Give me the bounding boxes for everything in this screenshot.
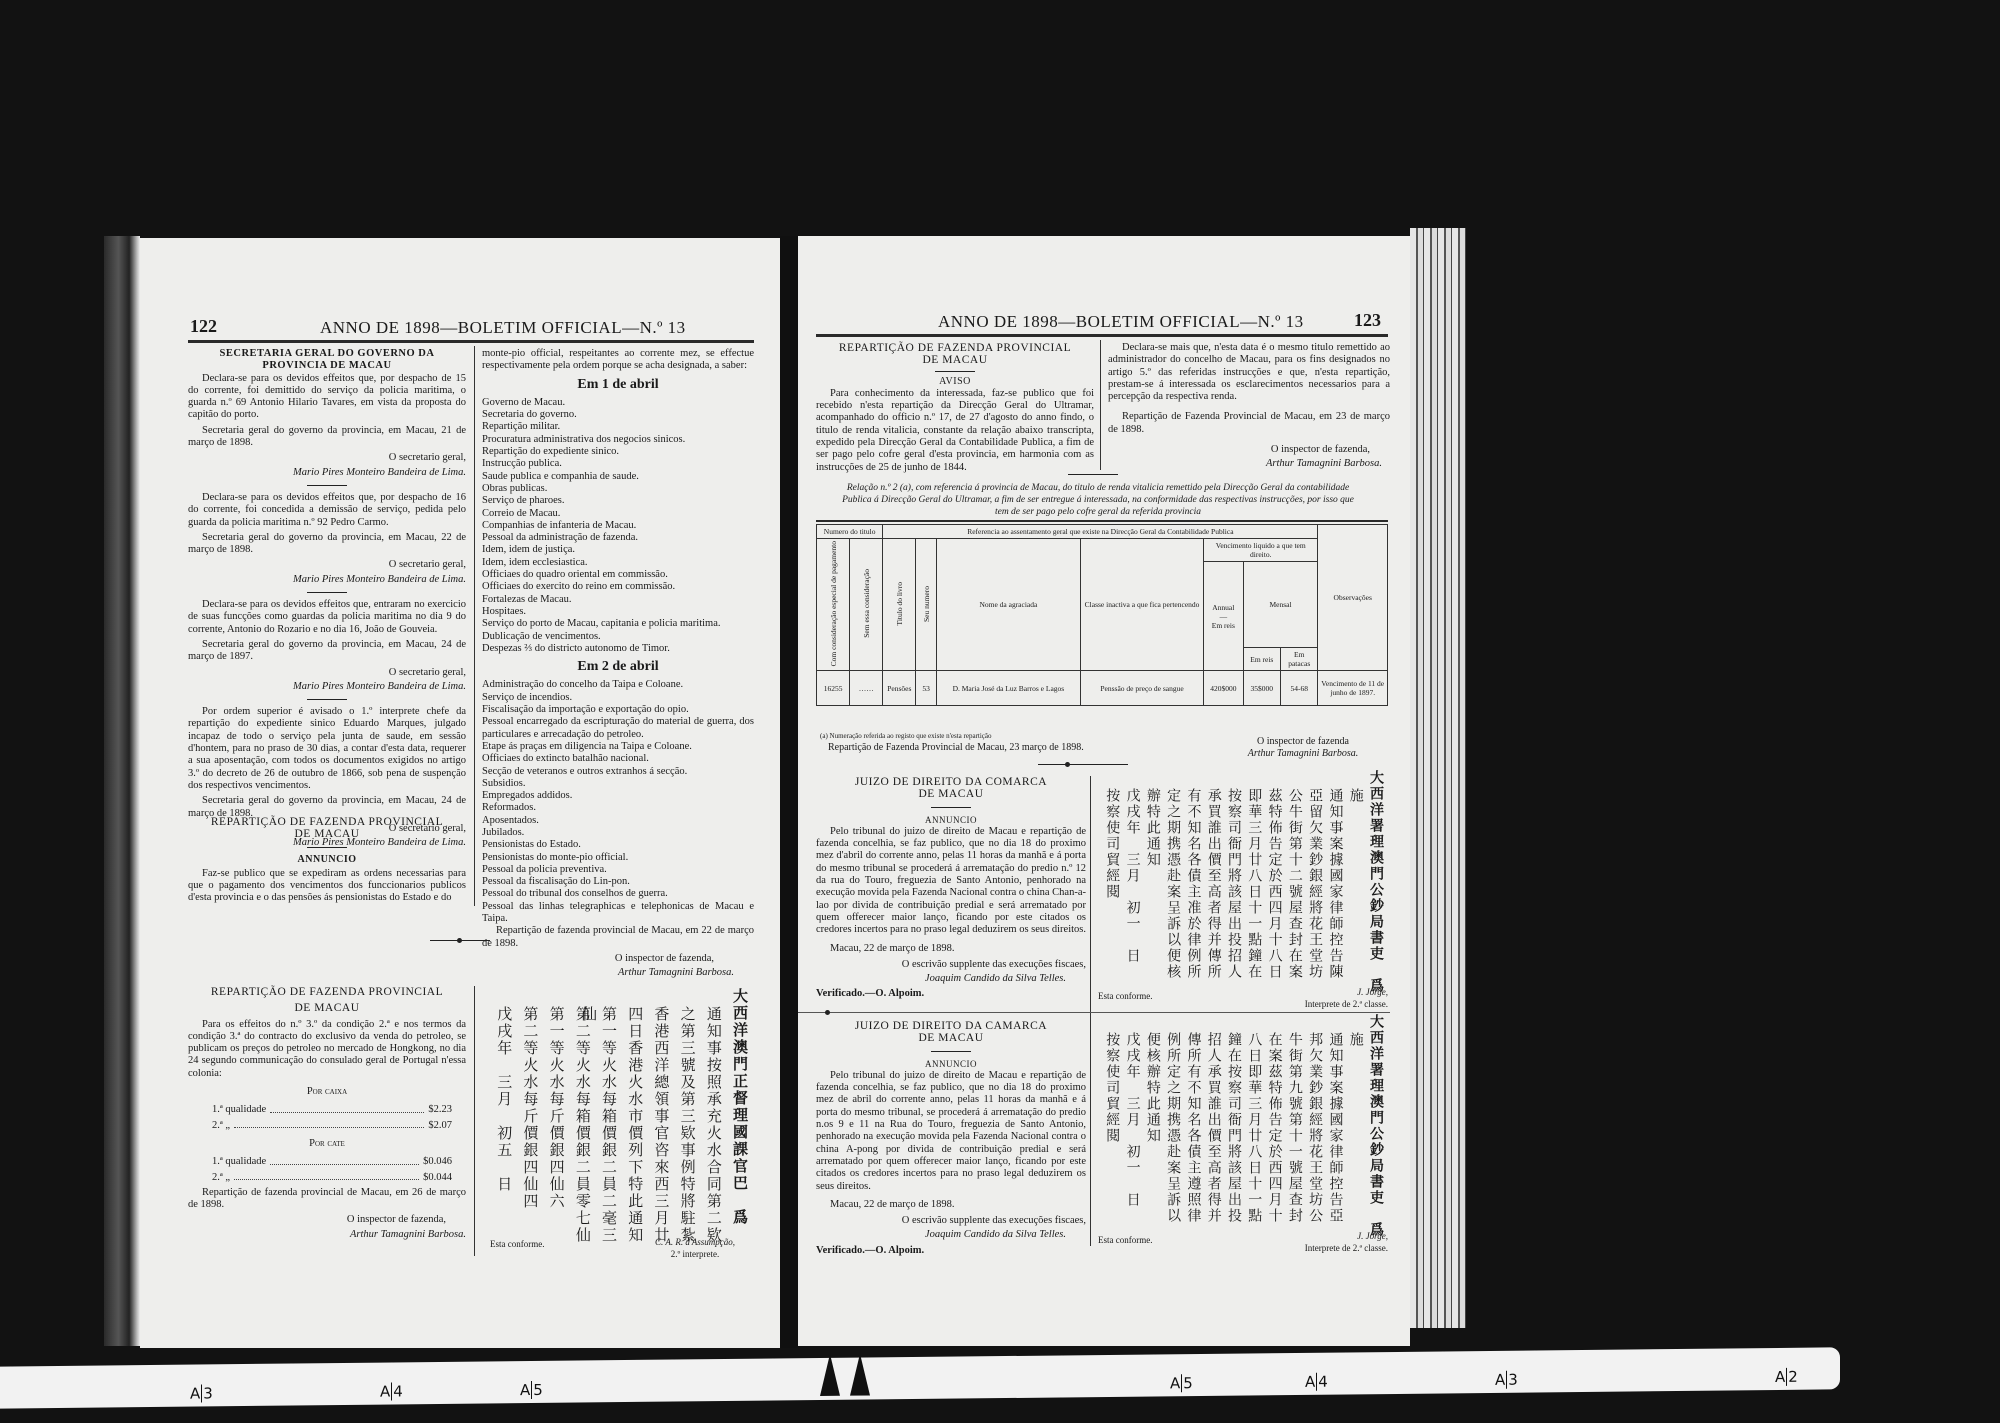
esta-conforme: Esta conforme. — [490, 1238, 570, 1250]
th-mensal: Mensal — [1243, 562, 1318, 648]
th-vencimento: Vencimento liquido a que tem direito. — [1204, 539, 1318, 562]
chinese-column: 施 — [1346, 788, 1366, 804]
section-heading: SECRETARIA GERAL DO GOVERNO DA PROVINCIA… — [188, 348, 466, 373]
notice-text: Declara-se para os devidos effeitos que,… — [188, 492, 466, 529]
list-item: Jubilados. — [482, 827, 754, 839]
list-item: Empregados addidos. — [482, 790, 754, 802]
divider — [935, 371, 975, 372]
section-heading: REPARTIÇÃO DE FAZENDA PROVINCIAL — [188, 986, 466, 998]
chinese-column: 大西洋署理澳門公鈔局書吏 爲 — [1366, 770, 1386, 994]
signer-name: Arthur Tamagnini Barbosa. — [1218, 748, 1388, 760]
price-label: 2.ª „ — [212, 1120, 230, 1132]
fazenda-annuncio: REPARTIÇÃO DE FAZENDA PROVINCIAL DE MACA… — [188, 816, 466, 908]
list-item: Governo de Macau. — [482, 397, 754, 409]
price-value: $2.23 — [428, 1104, 452, 1116]
annuncio-text: Pelo tribunal do juizo de direito de Mac… — [816, 1070, 1086, 1193]
ruler-mark: A3 — [1495, 1371, 1518, 1389]
list-item: Pessoal do tribunal dos conselhos de gue… — [482, 888, 754, 900]
ruler-tick — [1316, 1373, 1317, 1391]
cell-com: 16255 — [817, 671, 850, 706]
chinese-column: 第二等火水每箱價銀二員零七仙 — [573, 1006, 593, 1244]
chinese-column: 亞留欠業鈔銀經將花王堂坊 — [1305, 788, 1325, 980]
chinese-column: 即華三月廿八日十一點鐘在 — [1244, 788, 1264, 980]
ornament-rule — [430, 940, 490, 941]
th-annual: Annual—Em reis — [1204, 562, 1244, 671]
divider — [307, 699, 347, 700]
th-em-patacas: Em patacas — [1281, 648, 1318, 671]
th-sem-consideracao: Sem essa consideração — [862, 569, 871, 638]
notice-text: Declara-se para os devidos effeitos que,… — [188, 599, 466, 636]
price-row: 1.ª qualidade$2.23 — [188, 1104, 466, 1116]
list-item: Obras publicas. — [482, 483, 754, 495]
dot-leader — [270, 1104, 424, 1112]
esta-conforme: Esta conforme. — [1098, 990, 1178, 1002]
signer-title: O inspector de fazenda, — [482, 953, 714, 965]
interpreter-name: J. Jorge, — [1238, 1230, 1388, 1242]
section-rule — [798, 1012, 1390, 1013]
price-group-title: Por cate — [188, 1138, 466, 1150]
cell-mensal-reis: 35$000 — [1243, 671, 1280, 706]
subheading: AVISO — [816, 376, 1094, 388]
ruler-mark: A4 — [380, 1382, 403, 1400]
th-numero: Numero do titulo — [817, 525, 883, 539]
ornament-rule — [1038, 764, 1128, 765]
th-em-reis: Em reis — [1243, 648, 1280, 671]
list-item: Pessoal encarregado da escripturação do … — [482, 716, 754, 741]
dot-leader — [234, 1172, 419, 1180]
chinese-column: 按察使司貿經閱 — [1102, 1032, 1122, 1144]
divider — [307, 485, 347, 486]
list-item: Etape ás praças em diligencia na Taipa e… — [482, 741, 754, 753]
th-seu-numero: Seu numero — [922, 586, 931, 622]
dateline: Repartição de Fazenda Provincial de Maca… — [828, 742, 1128, 754]
cell-annual-reis: 420$000 — [1204, 671, 1244, 706]
chinese-column: 第二等火水每斤價銀四仙四 — [520, 1006, 540, 1210]
chinese-column: 招人承買誰出價至高者得并 — [1204, 1032, 1224, 1224]
dot-leader — [270, 1156, 419, 1164]
header-rule — [188, 340, 754, 343]
ruler-tick — [391, 1382, 392, 1400]
list-item: Serviço de pharoes. — [482, 495, 754, 507]
th-observacoes: Observações — [1318, 525, 1388, 671]
aviso-column-2: Declara-se mais que, n'esta data é o mes… — [1108, 342, 1390, 474]
list-item: Pensionistas do monte-pio official. — [482, 852, 754, 864]
list-item: Pessoal das linhas telegraphicas e telep… — [482, 901, 754, 926]
section-heading: DE MACAU — [816, 788, 1086, 800]
continued-text: monte-pio official, respeitantes ao corr… — [482, 348, 754, 373]
list-item: Fortalezas de Macau. — [482, 594, 754, 606]
list-item: Hospitaes. — [482, 606, 754, 618]
chinese-column: 八日即華三月廿八日十一點 — [1244, 1032, 1264, 1224]
chinese-column: 鐘在按察司衙門將該屋出投 — [1224, 1032, 1244, 1224]
list-item: Pessoal da policia preventiva. — [482, 864, 754, 876]
list-item: Fiscalisação da importação e exportação … — [482, 704, 754, 716]
chinese-column: 邦欠業鈔銀經將花王堂坊公 — [1305, 1032, 1325, 1224]
table-footnote: (a) Numeração referida ao registo que ex… — [820, 732, 1120, 741]
price-value: $0.044 — [423, 1172, 452, 1184]
relacao-caption: Relação n.º 2 (a), com referencia á prov… — [838, 482, 1358, 518]
list-item: Correio de Macau. — [482, 508, 754, 520]
notice-text: Por ordem superior é avisado o 1.º inter… — [188, 706, 466, 792]
relacao-signature: O inspector de fazenda Arthur Tamagnini … — [1218, 736, 1388, 761]
chinese-column: 大西洋署理澳門公鈔局書吏 爲 — [1366, 1014, 1386, 1238]
book-binding-left — [104, 236, 140, 1346]
section-heading: REPARTIÇÃO DE FAZENDA PROVINCIAL — [188, 816, 466, 828]
interpreter-signature: J. Jorge, Interprete de 2.ª classe. — [1238, 986, 1388, 1011]
subheading: ANNUNCIO — [816, 1058, 1086, 1070]
dateline: Secretaria geral do governo da provincia… — [188, 425, 466, 450]
ruler-tick — [1506, 1371, 1507, 1389]
interpreter-name: J. Jorge, — [1238, 986, 1388, 998]
running-head: ANNO DE 1898—BOLETIM OFFICIAL—N.º 13 — [938, 312, 1304, 332]
price-row: 2.ª „$0.044 — [188, 1172, 466, 1184]
aviso-text: Para conhecimento da interessada, faz-se… — [816, 388, 1094, 474]
cell-livro: Pensões — [883, 671, 916, 706]
notices: Declara-se para os devidos effeitos que,… — [188, 373, 466, 850]
signer-name: Mario Pires Monteiro Bandeira de Lima. — [188, 681, 466, 693]
chinese-notice-petroleo: 大西洋澳門正督理國課官巴 爲通知事按照承充火水合同第二欵之第三號及第三欵事例特將… — [482, 988, 754, 1248]
chinese-column: 按察使司貿經閱 — [1102, 788, 1122, 900]
list-item: Pessoal da administração de fazenda. — [482, 532, 754, 544]
petroleo-prices: REPARTIÇÃO DE FAZENDA PROVINCIAL DE MACA… — [188, 986, 466, 1244]
day2-title: Em 2 de abril — [482, 661, 754, 673]
interpreter-title: 2.º interprete. — [640, 1248, 750, 1260]
chinese-column: 香港西洋總領事官咨來西三月廿 — [651, 1006, 671, 1244]
dateline: Repartição de fazenda provincial de Maca… — [188, 1187, 466, 1212]
list-item: Officiaes do extincto batalhão nacional. — [482, 753, 754, 765]
dateline: Secretaria geral do governo da provincia… — [188, 639, 466, 664]
cell-sem: …… — [850, 671, 883, 706]
divider — [307, 592, 347, 593]
day1-title: Em 1 de abril — [482, 379, 754, 391]
list-item: Companhias de infanteria de Macau. — [482, 520, 754, 532]
column-rule — [1090, 776, 1091, 1246]
chinese-column: 辦特此通知 — [1143, 788, 1163, 868]
section-heading: DE MACAU — [816, 1032, 1086, 1044]
price-value: $2.07 — [428, 1120, 452, 1132]
section-heading: DE MACAU — [816, 354, 1094, 366]
signer-title: O inspector de fazenda, — [188, 1214, 446, 1226]
interpreter-title: Interprete de 2.ª classe. — [1238, 998, 1388, 1010]
aviso-column: REPARTIÇÃO DE FAZENDA PROVINCIAL DE MACA… — [816, 342, 1094, 477]
list-item: Secretaria do governo. — [482, 409, 754, 421]
cell-mensal-patacas: 54-68 — [1281, 671, 1318, 706]
list-item: Saude publica e companhia de saude. — [482, 471, 754, 483]
ruler-mark: A4 — [1305, 1373, 1328, 1391]
header-rule — [816, 334, 1388, 337]
dateline: Secretaria geral do governo da provincia… — [188, 532, 466, 557]
chinese-column: 戊戌年 三月 初一 日 — [1123, 788, 1143, 964]
dateline: Repartição de Fazenda Provincial de Maca… — [1108, 411, 1390, 436]
signer-name: Arthur Tamagnini Barbosa. — [1108, 458, 1382, 470]
ruler-notch — [850, 1353, 870, 1395]
th-nome: Nome da agraciada — [936, 539, 1080, 671]
chinese-column: 之第三號及第三欵事例特將駐紮 — [678, 1006, 698, 1244]
signer-name: Arthur Tamagnini Barbosa. — [482, 967, 734, 979]
divider — [931, 807, 971, 808]
divider — [931, 1051, 971, 1052]
chinese-column: 通知事案據國家律師控告陳 — [1325, 788, 1345, 980]
divider — [307, 847, 347, 848]
ruler-tick — [531, 1381, 532, 1399]
list-item: Officiaes do quadro oriental em commissã… — [482, 569, 754, 581]
chinese-column: 四日香港火水市價列下特此通知 — [625, 1006, 645, 1244]
interpreter-title: Interprete de 2.ª classe. — [1238, 1242, 1388, 1254]
book-gutter — [780, 236, 798, 1348]
price-row: 1.ª qualidade$0.046 — [188, 1156, 466, 1168]
page-122: 122 ANNO DE 1898—BOLETIM OFFICIAL—N.º 13… — [140, 238, 780, 1348]
signer-name: Joaquim Candido da Silva Telles. — [816, 1229, 1066, 1241]
running-head: ANNO DE 1898—BOLETIM OFFICIAL—N.º 13 — [320, 318, 686, 338]
column-rule — [474, 986, 475, 1256]
signer-title: O secretario geral, — [188, 452, 466, 464]
signer-name: Arthur Tamagnini Barbosa. — [188, 1229, 466, 1241]
cell-nome: D. Maria José da Luz Barros e Lagos — [936, 671, 1080, 706]
subheading: ANNUNCIO — [816, 814, 1086, 826]
ruler-notch — [820, 1354, 840, 1396]
chinese-column: 傳所有不知名各債主遵照律 — [1183, 1032, 1203, 1224]
list-item: Repartição do expediente sinico. — [482, 446, 754, 458]
chinese-column: 有不知名各債主准於律例所 — [1183, 788, 1203, 980]
chinese-notice-1: 大西洋署理澳門公鈔局書吏 爲施通知事案據國家律師控告陳亞留欠業鈔銀經將花王堂坊公… — [1096, 770, 1390, 1000]
signer-title: O escrivão supplente das execuções fisca… — [816, 1215, 1086, 1227]
divider — [1068, 474, 1118, 475]
signer-title: O inspector de fazenda, — [1108, 444, 1370, 456]
chinese-column: 第一等火水每斤價銀四仙六 — [547, 1006, 567, 1210]
price-row: 2.ª „$2.07 — [188, 1120, 466, 1132]
price-label: 1.ª qualidade — [212, 1156, 266, 1168]
chinese-column: 大西洋澳門正督理國課官巴 爲 — [730, 988, 750, 1226]
dot-leader — [234, 1120, 424, 1128]
chinese-column: 戊戌年 三月 初五 日 — [494, 1006, 514, 1193]
table-top-rule — [816, 520, 1388, 522]
signer-name: Joaquim Candido da Silva Telles. — [816, 973, 1066, 985]
list-item: Pessoal da fiscalisação do Lin-pon. — [482, 876, 754, 888]
section-heading: JUIZO DE DIREITO DA COMARCA — [816, 776, 1086, 788]
section-heading: JUIZO DE DIREITO DA CAMARCA — [816, 1020, 1086, 1032]
esta-conforme: Esta conforme. — [1098, 1234, 1178, 1246]
verified: Verificado.—O. Alpoim. — [816, 1245, 1086, 1257]
cell-classe: Penssão de preço de sangue — [1081, 671, 1204, 706]
th-titulo-livro: Titulo do livro — [895, 582, 904, 625]
th-com-consideracao: Com consideração especial de pagamento — [829, 541, 838, 666]
intro-text: Faz-se publico que se expediram as orden… — [188, 868, 466, 905]
annuncio-text: Pelo tribunal do juizo de direito de Mac… — [816, 826, 1086, 937]
interpreter-signature: C. A. R. d'Assumpção, 2.º interprete. — [640, 1236, 750, 1261]
price-groups: Por caixa1.ª qualidade$2.232.ª „$2.07Por… — [188, 1086, 466, 1184]
list-item: Procuratura administrativa dos negocios … — [482, 434, 754, 446]
section-heading: REPARTIÇÃO DE FAZENDA PROVINCIAL — [816, 342, 1094, 354]
ruler-tick — [1181, 1374, 1182, 1392]
juizo-annuncio-2: JUIZO DE DIREITO DA CAMARCA DE MACAU ANN… — [816, 1020, 1086, 1257]
page-number: 122 — [190, 316, 217, 337]
list-item: Repartição militar. — [482, 421, 754, 433]
list-item: Officiaes do exercito do reino em commis… — [482, 581, 754, 593]
list-item: Reformados. — [482, 802, 754, 814]
ruler-tick — [1786, 1368, 1787, 1386]
interpreter-name: C. A. R. d'Assumpção, — [640, 1236, 750, 1248]
signer-title: O inspector de fazenda — [1218, 736, 1388, 748]
section-heading: DE MACAU — [188, 828, 466, 840]
signer-title: O secretario geral, — [188, 667, 466, 679]
list-item: Administração do concelho da Taipa e Col… — [482, 679, 754, 691]
page-123: ANNO DE 1898—BOLETIM OFFICIAL—N.º 13 123… — [798, 236, 1410, 1346]
cell-obs: Vencimento de 11 de junho de 1897. — [1318, 671, 1388, 706]
dateline: Macau, 22 de março de 1898. — [816, 1199, 1086, 1211]
chinese-column: 公牛街第十二號屋查封在案 — [1285, 788, 1305, 980]
signer-title: O secretario geral, — [188, 559, 466, 571]
dateline: Macau, 22 de março de 1898. — [816, 943, 1086, 955]
column-left-2: monte-pio official, respeitantes ao corr… — [482, 348, 754, 983]
price-label: 1.ª qualidade — [212, 1104, 266, 1116]
aviso-text-2: Declara-se mais que, n'esta data é o mes… — [1108, 342, 1390, 403]
price-group-title: Por caixa — [188, 1086, 466, 1098]
relacao-table-wrap: Numero do titulo Referencia ao assentame… — [816, 524, 1388, 706]
page-number: 123 — [1354, 310, 1381, 331]
list-item: Dublicação de vencimentos. — [482, 631, 754, 643]
chinese-column: 按察司衙門將該屋出投招人 — [1224, 788, 1244, 980]
film-ruler: A3A4A5A5A4A3A2 — [0, 1347, 1840, 1408]
verified: Verificado.—O. Alpoim. — [816, 988, 1086, 1000]
list-item: Subsidios. — [482, 778, 754, 790]
day2-list: Administração do concelho da Taipa e Col… — [482, 679, 754, 925]
list-item: Pensionistas do Estado. — [482, 839, 754, 851]
chinese-column: 牛街第九號第十一號屋查封 — [1285, 1032, 1305, 1224]
ruler-mark: A3 — [190, 1384, 213, 1402]
list-item: Secção de veteranos e outros extranhos á… — [482, 766, 754, 778]
table-row: 16255……Pensões53D. Maria José da Luz Bar… — [817, 671, 1388, 706]
chinese-notice-2: 大西洋署理澳門公鈔局書吏 爲施通知事案據國家律師控告亞邦欠業鈔銀經將花王堂坊公牛… — [1096, 1014, 1390, 1244]
signer-name: Mario Pires Monteiro Bandeira de Lima. — [188, 574, 466, 586]
ruler-tick — [201, 1384, 202, 1402]
ruler-mark: A5 — [1170, 1374, 1193, 1392]
list-item: Despezas ⅔ do districto autonomo de Timo… — [482, 643, 754, 655]
list-item: Aposentados. — [482, 815, 754, 827]
chinese-column: 在案茲特佈告定於西四月十 — [1265, 1032, 1285, 1224]
relacao-table: Numero do titulo Referencia ao assentame… — [816, 524, 1388, 706]
list-item: Idem, idem de justiça. — [482, 544, 754, 556]
column-rule — [474, 346, 475, 906]
th-referencia: Referencia ao assentamento geral que exi… — [883, 525, 1318, 539]
chinese-column: 戊戌年 三月 初一 日 — [1123, 1032, 1143, 1208]
section-heading: DE MACAU — [188, 1002, 466, 1014]
ruler-mark: A2 — [1775, 1368, 1798, 1386]
interpreter-signature: J. Jorge, Interprete de 2.ª classe. — [1238, 1230, 1388, 1255]
subheading: ANNUNCIO — [188, 854, 466, 866]
day1-list: Governo de Macau.Secretaria do governo.R… — [482, 397, 754, 655]
notice-text: Declara-se para os devidos effeitos que,… — [188, 373, 466, 422]
signer-name: Mario Pires Monteiro Bandeira de Lima. — [188, 467, 466, 479]
ruler-mark: A5 — [520, 1381, 543, 1399]
dateline: Repartição de fazenda provincial de Maca… — [482, 925, 754, 950]
page-edges-right — [1410, 228, 1466, 1328]
juizo-annuncio-1: JUIZO DE DIREITO DA COMARCA DE MACAU ANN… — [816, 776, 1086, 1001]
list-item: Serviço de incendios. — [482, 692, 754, 704]
column-rule — [1100, 340, 1101, 470]
price-label: 2.ª „ — [212, 1172, 230, 1184]
column-left-1: SECRETARIA GERAL DO GOVERNO DA PROVINCIA… — [188, 348, 466, 852]
list-item: Instrucção publica. — [482, 458, 754, 470]
chinese-column: 便核辦特此通知 — [1143, 1032, 1163, 1144]
list-item: Idem, idem ecclesiastica. — [482, 557, 754, 569]
chinese-column: 通知事案據國家律師控告亞 — [1325, 1032, 1345, 1224]
th-classe: Classe inactiva a que fica pertencendo — [1081, 539, 1204, 671]
chinese-column: 例所定之期携憑赴案呈訴以 — [1163, 1032, 1183, 1224]
signer-title: O escrivão supplente das execuções fisca… — [816, 959, 1086, 971]
list-item: Serviço do porto de Macau, capitania e p… — [482, 618, 754, 630]
chinese-column: 茲特佈告定於西四月十八日 — [1265, 788, 1285, 980]
chinese-column: 施 — [1346, 1032, 1366, 1048]
chinese-column: 定之期携憑赴案呈訴以便核 — [1163, 788, 1183, 980]
cell-numero: 53 — [916, 671, 936, 706]
price-value: $0.046 — [423, 1156, 452, 1168]
chinese-column: 承買誰出價至高者得并傳所 — [1204, 788, 1224, 980]
chinese-column: 通知事按照承充火水合同第二欵 — [704, 1006, 724, 1244]
intro-text: Para os effeitos do n.º 3.º da condição … — [188, 1019, 466, 1080]
